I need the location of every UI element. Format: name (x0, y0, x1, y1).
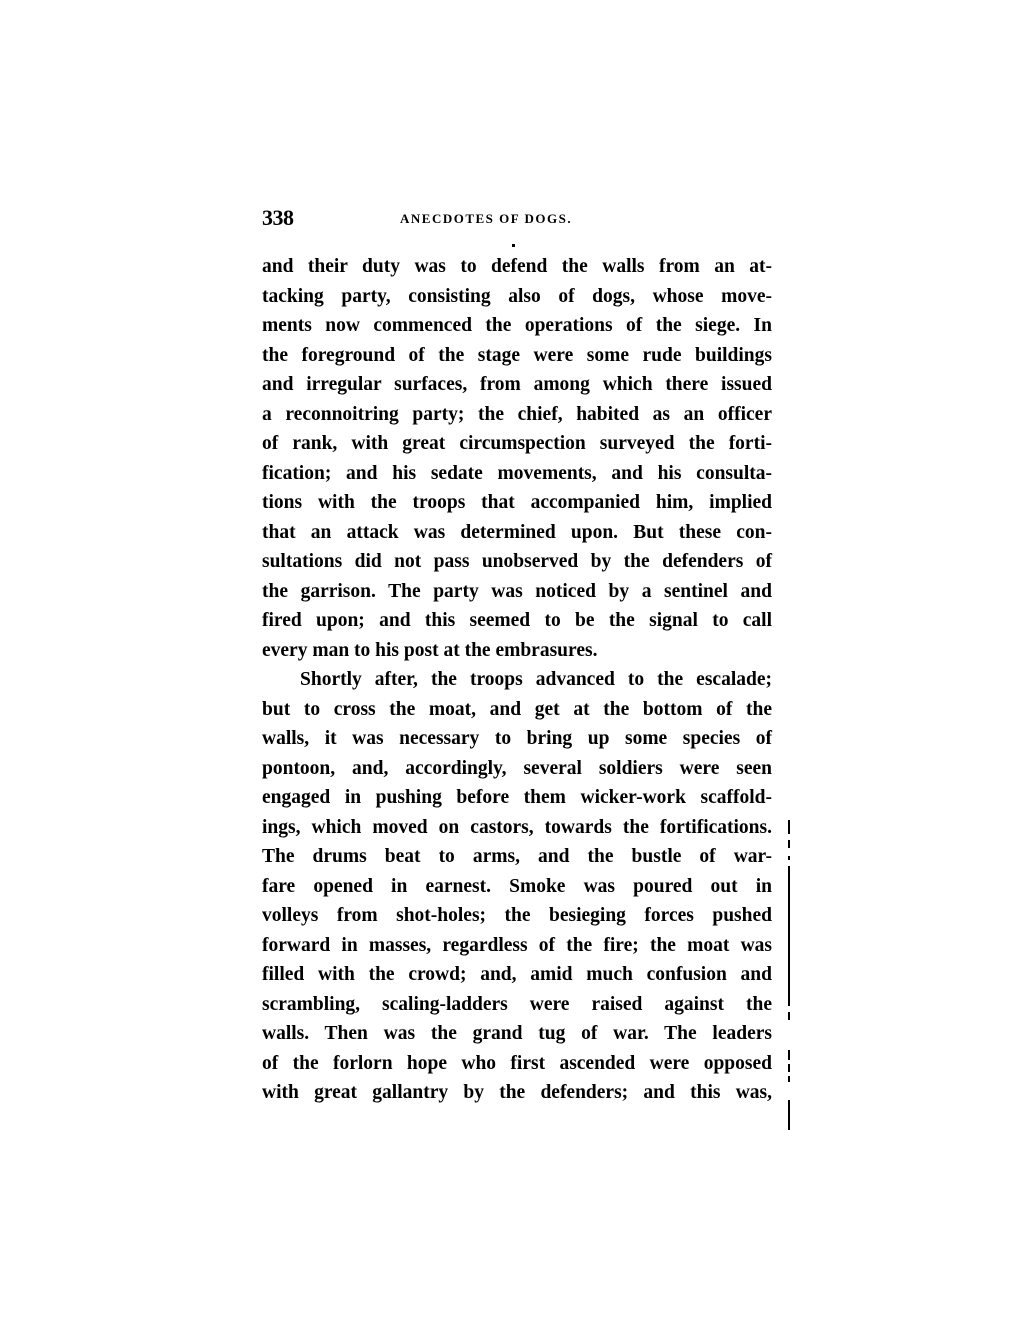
text-line: the foreground of the stage were some ru… (262, 341, 772, 371)
text-line: fired upon; and this seemed to be the si… (262, 606, 772, 636)
text-line: ings, which moved on castors, towards th… (262, 813, 772, 843)
text-line: forward in masses, regardless of the fir… (262, 931, 772, 961)
text-line: filled with the crowd; and, amid much co… (262, 960, 772, 990)
text-line: sultations did not pass unobserved by th… (262, 547, 772, 577)
text-line: walls. Then was the grand tug of war. Th… (262, 1019, 772, 1049)
margin-mark (788, 1076, 790, 1082)
margin-mark (788, 866, 790, 1006)
text-line: pontoon, and, accordingly, several soldi… (262, 754, 772, 784)
text-line: tions with the troops that accompanied h… (262, 488, 772, 518)
margin-mark (788, 1064, 790, 1072)
text-line: with great gallantry by the defenders; a… (262, 1078, 772, 1108)
margin-mark (788, 840, 790, 848)
margin-mark (788, 856, 790, 860)
text-line: The drums beat to arms, and the bustle o… (262, 842, 772, 872)
text-line: of rank, with great circumspection surve… (262, 429, 772, 459)
text-line: fare opened in earnest. Smoke was poured… (262, 872, 772, 902)
text-line: walls, it was necessary to bring up some… (262, 724, 772, 754)
text-line: scrambling, scaling-ladders were raised … (262, 990, 772, 1020)
text-line: a reconnoitring party; the chief, habite… (262, 400, 772, 430)
text-line: and their duty was to defend the walls f… (262, 252, 772, 282)
text-line: engaged in pushing before them wicker-wo… (262, 783, 772, 813)
text-line: of the forlorn hope who first ascended w… (262, 1049, 772, 1079)
margin-mark (788, 1050, 790, 1060)
text-line: but to cross the moat, and get at the bo… (262, 695, 772, 725)
margin-mark (788, 820, 790, 834)
text-line: fication; and his sedate movements, and … (262, 459, 772, 489)
text-line: that an attack was determined upon. But … (262, 518, 772, 548)
text-line: every man to his post at the embrasures. (262, 636, 772, 666)
margin-mark (788, 1100, 790, 1130)
running-title: ANECDOTES OF DOGS. (400, 211, 572, 227)
text-line: ments now commenced the operations of th… (262, 311, 772, 341)
text-line: the garrison. The party was noticed by a… (262, 577, 772, 607)
book-page: 338 ANECDOTES OF DOGS. and their duty wa… (0, 0, 1033, 1339)
text-line: volleys from shot-holes; the besieging f… (262, 901, 772, 931)
margin-mark (788, 1012, 790, 1020)
text-line: tacking party, consisting also of dogs, … (262, 282, 772, 312)
paragraph-2: Shortly after, the troops advanced to th… (262, 665, 772, 1108)
body-text: and their duty was to defend the walls f… (262, 226, 772, 1108)
paragraph-1: and their duty was to defend the walls f… (262, 252, 772, 665)
text-line: and irregular surfaces, from among which… (262, 370, 772, 400)
text-line: Shortly after, the troops advanced to th… (262, 665, 772, 695)
